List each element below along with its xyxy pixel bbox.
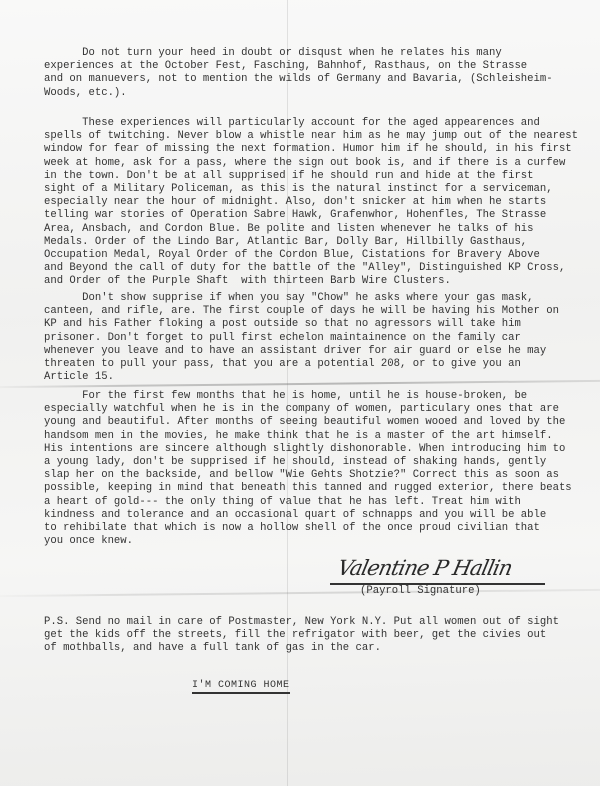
text-line: sight of a Military Policeman, as this i… <box>44 183 564 196</box>
text-line: a young lady, don't be supprised if he s… <box>44 456 564 469</box>
text-line: experiences at the October Fest, Faschin… <box>44 60 564 73</box>
text-line: canteen, and rifle, are. The first coupl… <box>44 305 564 318</box>
text-line: These experiences will particularly acco… <box>44 117 564 130</box>
text-line: window for fear of missing the next form… <box>44 143 564 156</box>
text-line: For the first few months that he is home… <box>44 390 564 403</box>
text-line: KP and his Father floking a post outside… <box>44 318 564 331</box>
text-line: week at home, ask for a pass, where the … <box>44 157 564 170</box>
paragraph-aged-appearances: These experiences will particularly acco… <box>44 117 564 289</box>
text-line: of mothballs, and have a full tank of ga… <box>44 642 564 655</box>
text-line: possible, keeping in mind that beneath t… <box>44 482 564 495</box>
closing-headline: I'M COMING HOME <box>192 680 290 694</box>
text-line: handsom men in the movies, he make think… <box>44 430 564 443</box>
text-line: Occupation Medal, Royal Order of the Cor… <box>44 249 564 262</box>
typewritten-letter-page: Do not turn your heed in doubt or disqus… <box>0 0 600 786</box>
text-line: Woods, etc.). <box>44 87 564 100</box>
fold-crease-horizontal-lower <box>0 589 600 597</box>
text-line: you once knew. <box>44 535 564 548</box>
text-line: and Beyond the call of duty for the batt… <box>44 262 564 275</box>
text-line: Don't show supprise if when you say "Cho… <box>44 292 564 305</box>
text-line: get the kids off the streets, fill the r… <box>44 629 564 642</box>
text-line: Article 15. <box>44 371 564 384</box>
text-line: His intentions are sincere although slig… <box>44 443 564 456</box>
text-line: whenever you leave and to have an assist… <box>44 345 564 358</box>
text-line: in the town. Don't be at all supprised i… <box>44 170 564 183</box>
signature-caption: (Payroll Signature) <box>360 585 481 597</box>
text-line: especially near the hour of midnight. Al… <box>44 196 564 209</box>
handwritten-signature: Valentine P Hallin <box>335 556 514 580</box>
signature-block: Valentine P Hallin <box>330 558 545 588</box>
text-line: especially watchful when he is in the co… <box>44 403 564 416</box>
paragraph-house-broken: For the first few months that he is home… <box>44 390 564 548</box>
text-line: Do not turn your heed in doubt or disqus… <box>44 47 564 60</box>
text-line: young and beautiful. After months of see… <box>44 416 564 429</box>
text-line: a heart of gold--- the only thing of val… <box>44 496 564 509</box>
text-line: and Order of the Purple Shaft with thirt… <box>44 275 564 288</box>
text-line: and on manuevers, not to mention the wil… <box>44 73 564 86</box>
text-line: threaten to pull your pass, that you are… <box>44 358 564 371</box>
text-line: slap her on the backside, and bellow "Wi… <box>44 469 564 482</box>
paragraph-postscript: P.S. Send no mail in care of Postmaster,… <box>44 616 564 656</box>
text-line: kindness and tolerance and an occasional… <box>44 509 564 522</box>
text-line: Medals. Order of the Lindo Bar, Atlantic… <box>44 236 564 249</box>
text-line: telling war stories of Operation Sabre H… <box>44 209 564 222</box>
text-line: prisoner. Don't forget to pull first ech… <box>44 332 564 345</box>
paragraph-chow: Don't show supprise if when you say "Cho… <box>44 292 564 384</box>
text-line: Area, Ansbach, and Cordon Blue. Be polit… <box>44 223 564 236</box>
text-line: spells of twitching. Never blow a whistl… <box>44 130 564 143</box>
paragraph-homecoming-experiences: Do not turn your heed in doubt or disqus… <box>44 47 564 100</box>
text-line: to rehibilate that which is now a hollow… <box>44 522 564 535</box>
text-line: P.S. Send no mail in care of Postmaster,… <box>44 616 564 629</box>
